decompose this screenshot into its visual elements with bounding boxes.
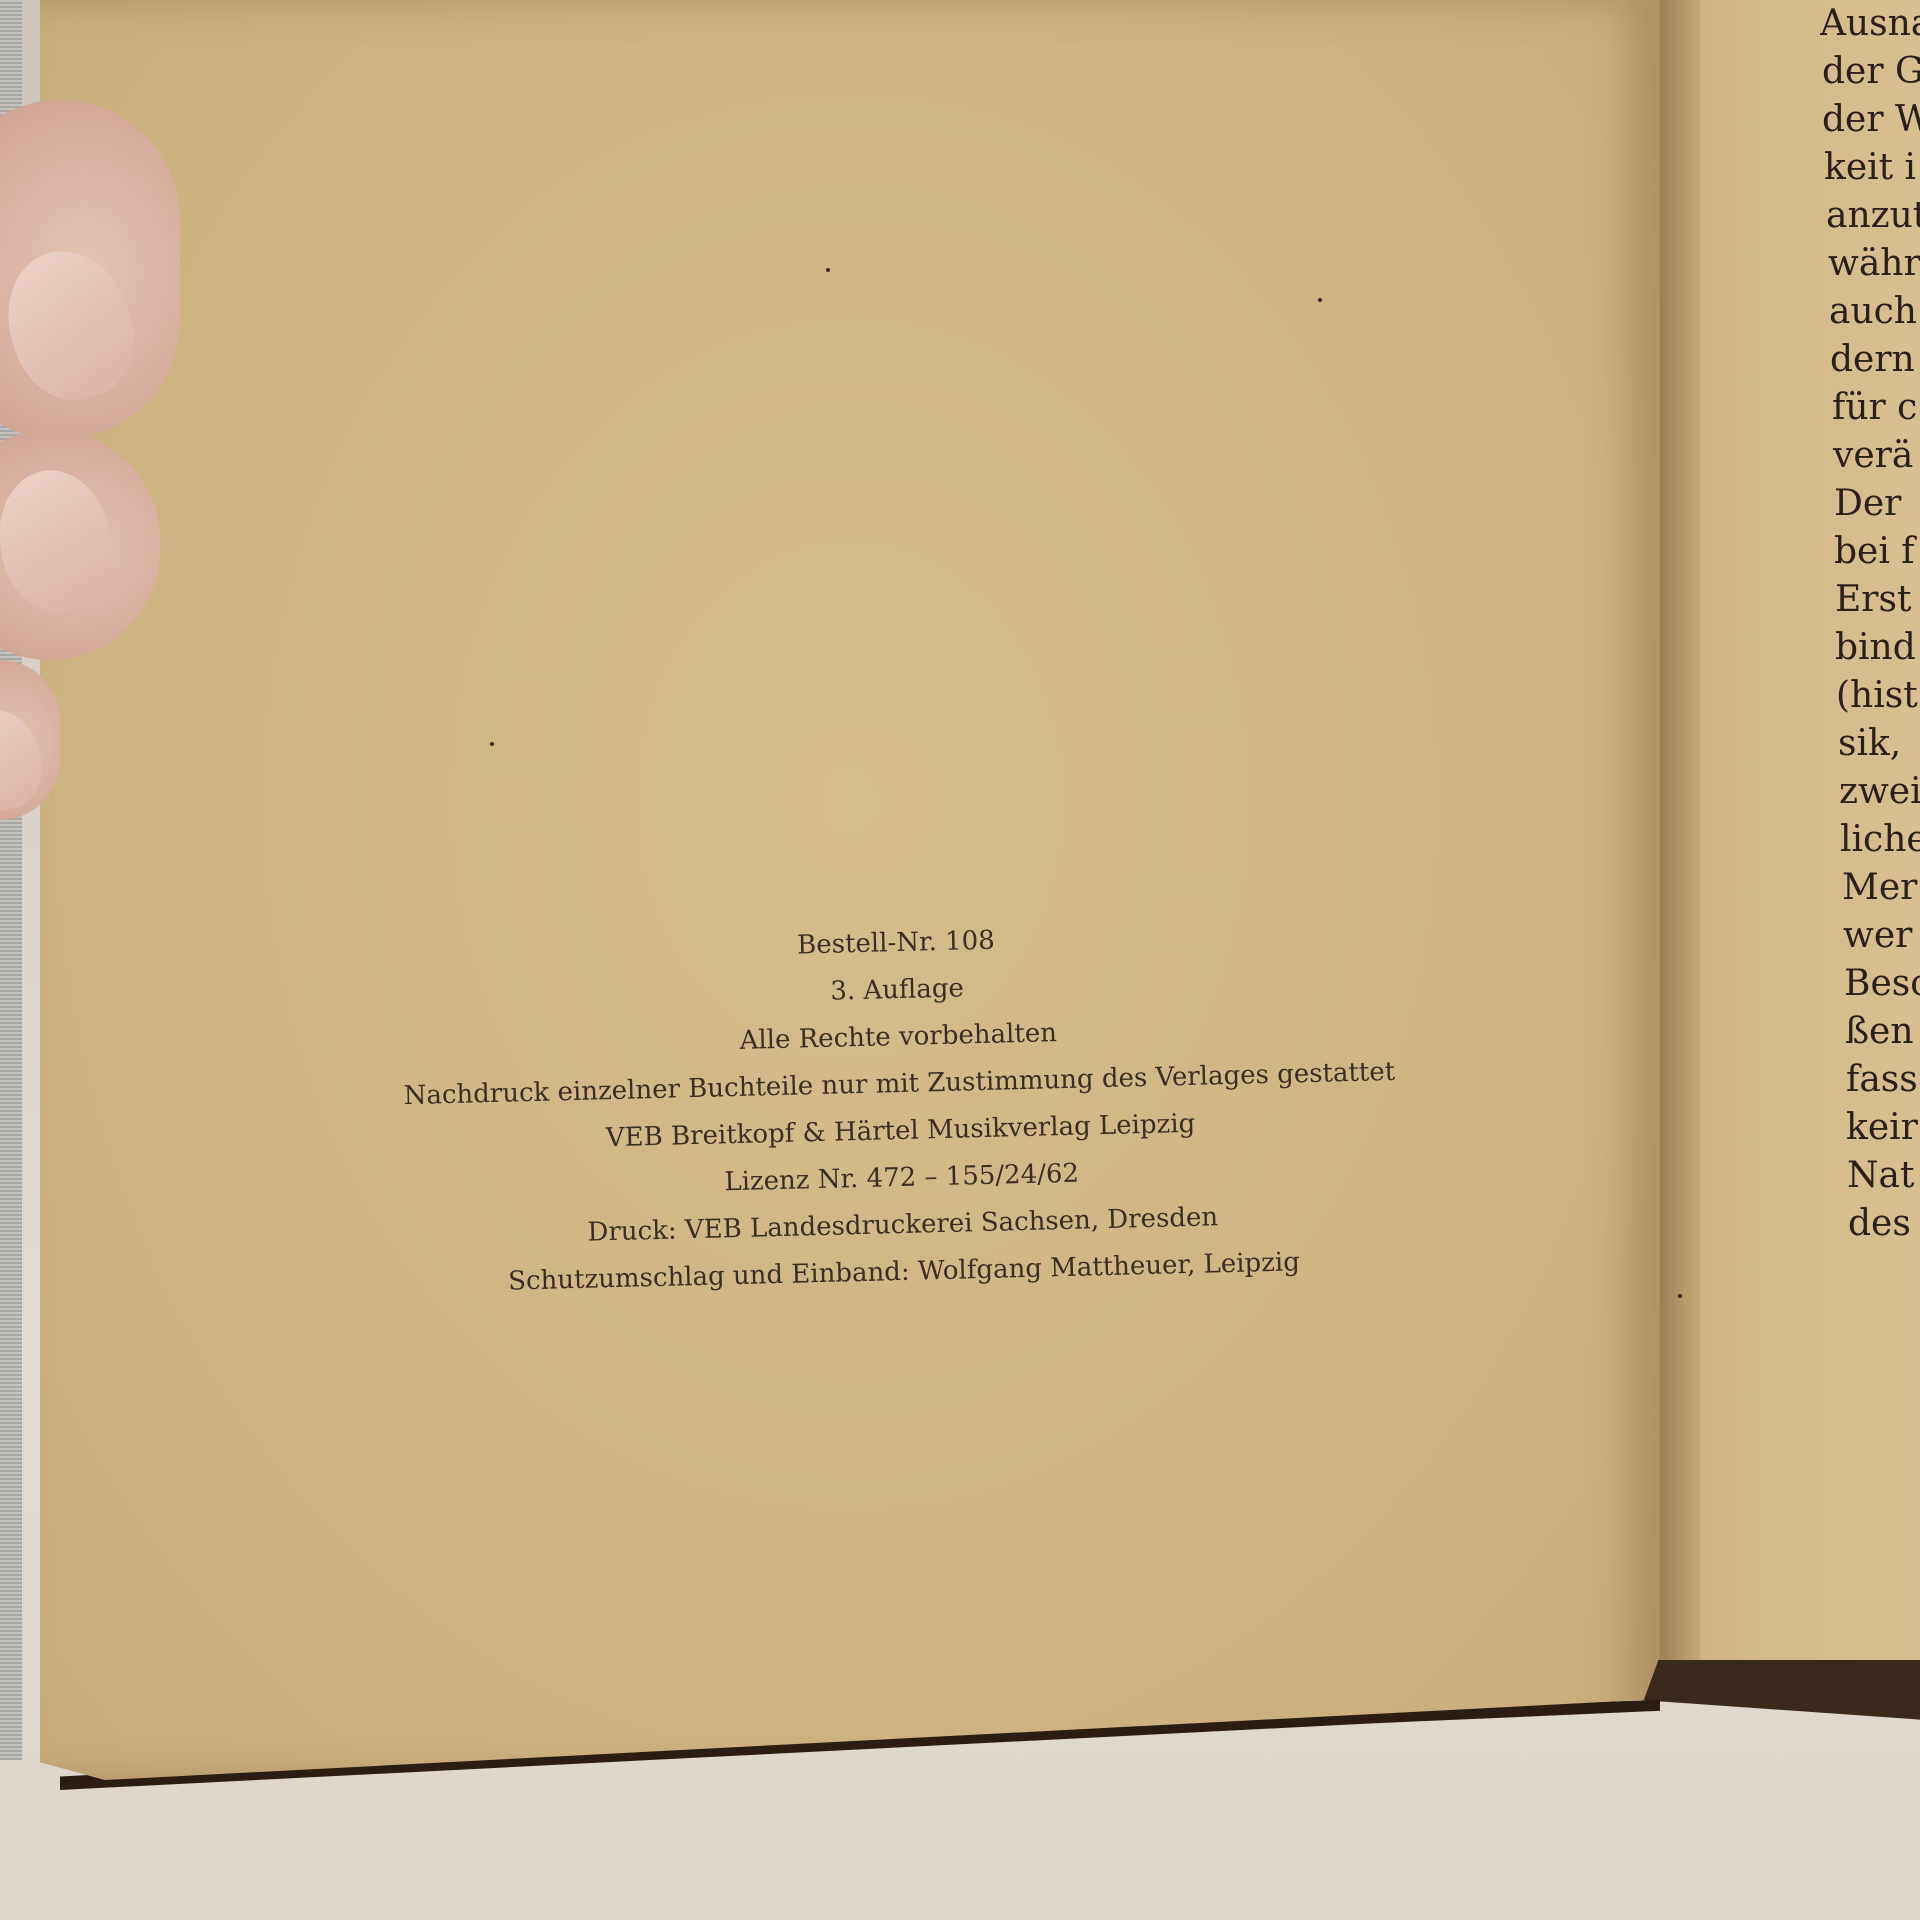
text-line: der W: [1822, 96, 1920, 144]
text-line: keit i: [1824, 144, 1920, 192]
right-page-text: Ausna der G der W keit i anzut währ auch…: [1820, 0, 1920, 1248]
text-line: keir: [1846, 1104, 1920, 1152]
text-line: währ: [1828, 240, 1920, 288]
paper-speck: [490, 742, 494, 746]
hand-fingers: [0, 100, 180, 820]
text-line: ßen: [1845, 1008, 1920, 1056]
text-line: verä: [1833, 432, 1920, 480]
text-line: dern: [1830, 336, 1920, 384]
text-line: Erst: [1835, 576, 1920, 624]
colophon-block: Bestell-Nr. 108 3. Auflage Alle Rechte v…: [396, 908, 1405, 1308]
paper-speck: [826, 268, 830, 272]
text-line: wer: [1843, 912, 1920, 960]
text-line: (hist: [1836, 672, 1920, 720]
text-line: anzut: [1826, 192, 1920, 240]
text-line: auch: [1829, 288, 1920, 336]
text-line: sik,: [1838, 720, 1920, 768]
text-line: der G: [1822, 48, 1920, 96]
text-line: des: [1848, 1200, 1920, 1248]
text-line: bind: [1835, 624, 1920, 672]
text-line: fass: [1846, 1056, 1920, 1104]
text-line: Mer: [1842, 864, 1920, 912]
text-line: Besc: [1844, 960, 1920, 1008]
text-line: Der: [1834, 480, 1920, 528]
text-line: bei f: [1834, 528, 1920, 576]
paper-speck: [1318, 298, 1322, 302]
text-line: für c: [1832, 384, 1920, 432]
text-line: Nat: [1847, 1152, 1920, 1200]
text-line: liche: [1840, 816, 1920, 864]
text-line: Ausna: [1820, 0, 1920, 48]
paper-speck: [1678, 1294, 1682, 1298]
left-page: [40, 0, 1660, 1780]
text-line: zwei: [1839, 768, 1920, 816]
